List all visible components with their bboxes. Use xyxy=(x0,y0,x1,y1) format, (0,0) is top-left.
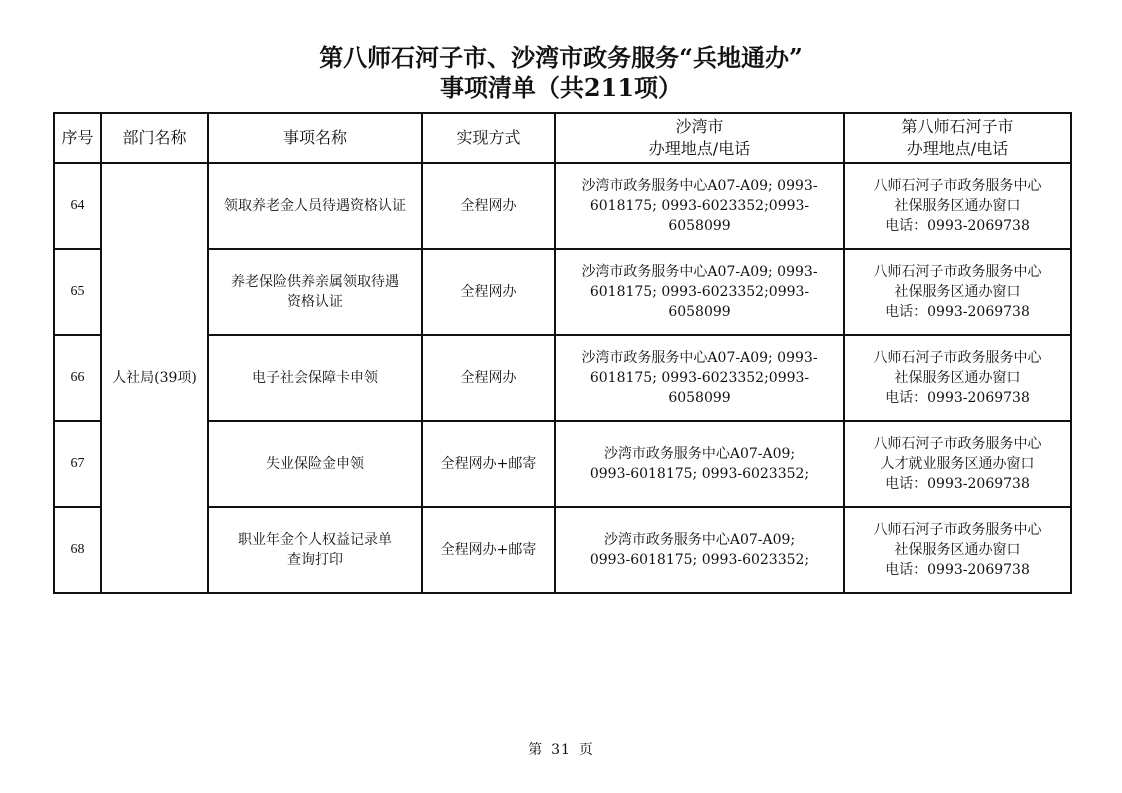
row-shihezi-line3: 电话：0993-2069738 xyxy=(849,560,1066,580)
row-shawan: 沙湾市政务服务中心A07-A09; 0993- 6018175; 0993-60… xyxy=(555,249,844,335)
header-shihezi-line2: 办理地点/电话 xyxy=(849,138,1066,160)
header-shihezi-line1: 第八师石河子市 xyxy=(849,116,1066,138)
row-seq: 68 xyxy=(54,507,101,593)
row-item: 失业保险金申领 xyxy=(208,421,422,507)
row-shawan-line1: 沙湾市政务服务中心A07-A09; 0993- xyxy=(560,176,839,196)
row-item: 养老保险供养亲属领取待遇 资格认证 xyxy=(208,249,422,335)
table-row: 64 人社局(39项) 领取养老金人员待遇资格认证 全程网办 沙湾市政务服务中心… xyxy=(54,163,1071,249)
row-shawan-line2: 0993-6018175; 0993-6023352; xyxy=(560,550,839,570)
header-seq: 序号 xyxy=(54,113,101,163)
row-item-line2: 资格认证 xyxy=(213,292,417,312)
row-shihezi-line2: 社保服务区通办窗口 xyxy=(849,196,1066,216)
row-item: 电子社会保障卡申领 xyxy=(208,335,422,421)
row-shawan-line1: 沙湾市政务服务中心A07-A09; xyxy=(560,444,839,464)
row-shawan-line1: 沙湾市政务服务中心A07-A09; xyxy=(560,530,839,550)
row-method: 全程网办 xyxy=(422,249,555,335)
header-shawan-line2: 办理地点/电话 xyxy=(560,138,839,160)
row-method: 全程网办+邮寄 xyxy=(422,507,555,593)
row-item-line2: 查询打印 xyxy=(213,550,417,570)
row-shihezi-line1: 八师石河子市政务服务中心 xyxy=(849,520,1066,540)
header-dept: 部门名称 xyxy=(101,113,208,163)
header-item: 事项名称 xyxy=(208,113,422,163)
row-shawan-line1: 沙湾市政务服务中心A07-A09; 0993- xyxy=(560,348,839,368)
row-shawan-line2: 0993-6018175; 0993-6023352; xyxy=(560,464,839,484)
row-shihezi-line3: 电话：0993-2069738 xyxy=(849,474,1066,494)
row-shihezi: 八师石河子市政务服务中心 社保服务区通办窗口 电话：0993-2069738 xyxy=(844,335,1071,421)
row-shawan-line2: 6018175; 0993-6023352;0993-6058099 xyxy=(560,196,839,236)
table-header-row: 序号 部门名称 事项名称 实现方式 沙湾市 办理地点/电话 第八师石河子市 办理… xyxy=(54,113,1071,163)
row-shawan: 沙湾市政务服务中心A07-A09; 0993-6018175; 0993-602… xyxy=(555,507,844,593)
header-shawan: 沙湾市 办理地点/电话 xyxy=(555,113,844,163)
row-seq: 66 xyxy=(54,335,101,421)
row-shawan: 沙湾市政务服务中心A07-A09; 0993-6018175; 0993-602… xyxy=(555,421,844,507)
row-shihezi-line3: 电话：0993-2069738 xyxy=(849,216,1066,236)
row-shawan: 沙湾市政务服务中心A07-A09; 0993- 6018175; 0993-60… xyxy=(555,163,844,249)
row-shawan-line1: 沙湾市政务服务中心A07-A09; 0993- xyxy=(560,262,839,282)
department-cell: 人社局(39项) xyxy=(101,163,208,593)
row-seq: 65 xyxy=(54,249,101,335)
page-footer: 第31页 xyxy=(0,739,1122,759)
page-suffix: 页 xyxy=(579,742,594,758)
row-shawan-line2: 6018175; 0993-6023352;0993-6058099 xyxy=(560,368,839,408)
row-shihezi-line1: 八师石河子市政务服务中心 xyxy=(849,262,1066,282)
row-item-line1: 职业年金个人权益记录单 xyxy=(213,530,417,550)
row-shihezi-line1: 八师石河子市政务服务中心 xyxy=(849,348,1066,368)
page-prefix: 第 xyxy=(528,742,543,758)
row-shihezi-line3: 电话：0993-2069738 xyxy=(849,388,1066,408)
row-item: 职业年金个人权益记录单 查询打印 xyxy=(208,507,422,593)
row-item-line1: 养老保险供养亲属领取待遇 xyxy=(213,272,417,292)
row-shihezi-line2: 社保服务区通办窗口 xyxy=(849,282,1066,302)
page-number: 31 xyxy=(551,742,571,758)
row-shihezi-line2: 人才就业服务区通办窗口 xyxy=(849,454,1066,474)
row-shihezi: 八师石河子市政务服务中心 人才就业服务区通办窗口 电话：0993-2069738 xyxy=(844,421,1071,507)
row-shawan-line2: 6018175; 0993-6023352;0993-6058099 xyxy=(560,282,839,322)
row-shawan: 沙湾市政务服务中心A07-A09; 0993- 6018175; 0993-60… xyxy=(555,335,844,421)
row-item-line1: 电子社会保障卡申领 xyxy=(213,368,417,388)
row-item: 领取养老金人员待遇资格认证 xyxy=(208,163,422,249)
row-shihezi: 八师石河子市政务服务中心 社保服务区通办窗口 电话：0993-2069738 xyxy=(844,163,1071,249)
row-method: 全程网办 xyxy=(422,335,555,421)
row-shihezi-line1: 八师石河子市政务服务中心 xyxy=(849,176,1066,196)
service-items-table: 序号 部门名称 事项名称 实现方式 沙湾市 办理地点/电话 第八师石河子市 办理… xyxy=(53,112,1072,594)
row-shihezi: 八师石河子市政务服务中心 社保服务区通办窗口 电话：0993-2069738 xyxy=(844,507,1071,593)
row-shihezi-line2: 社保服务区通办窗口 xyxy=(849,368,1066,388)
header-shawan-line1: 沙湾市 xyxy=(560,116,839,138)
row-shihezi: 八师石河子市政务服务中心 社保服务区通办窗口 电话：0993-2069738 xyxy=(844,249,1071,335)
row-method: 全程网办 xyxy=(422,163,555,249)
row-item-line1: 失业保险金申领 xyxy=(213,454,417,474)
document-title-line1: 第八师石河子市、沙湾市政务服务“兵地通办” xyxy=(0,43,1122,73)
header-method: 实现方式 xyxy=(422,113,555,163)
row-shihezi-line1: 八师石河子市政务服务中心 xyxy=(849,434,1066,454)
row-seq: 64 xyxy=(54,163,101,249)
header-shihezi: 第八师石河子市 办理地点/电话 xyxy=(844,113,1071,163)
row-shihezi-line3: 电话：0993-2069738 xyxy=(849,302,1066,322)
document-title-line2: 事项清单（共211项） xyxy=(0,73,1122,103)
row-shihezi-line2: 社保服务区通办窗口 xyxy=(849,540,1066,560)
row-method: 全程网办+邮寄 xyxy=(422,421,555,507)
row-item-line1: 领取养老金人员待遇资格认证 xyxy=(213,196,417,216)
row-seq: 67 xyxy=(54,421,101,507)
